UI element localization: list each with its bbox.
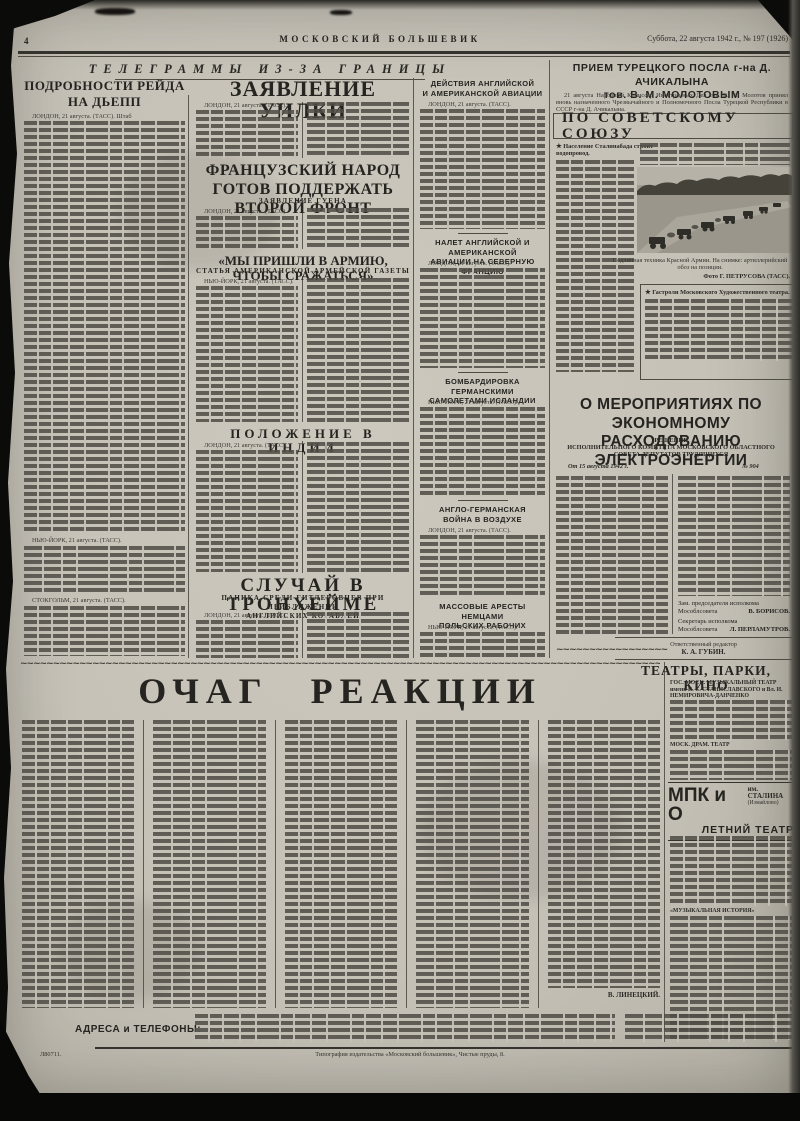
article-headline-air-war: АНГЛО-ГЕРМАНСКАЯ ВОЙНА В ВОЗДУХЕ <box>418 505 547 524</box>
dateline: ЛОНДОН, 21 августа. (ТАСС). <box>420 527 545 534</box>
article-headline-ochag-reaktsii: ОЧАГ РЕАКЦИИ <box>20 672 660 710</box>
masthead-rule-thin <box>18 56 790 57</box>
article-body-text <box>24 121 185 534</box>
scan-smudge <box>95 8 135 15</box>
dateline: НЬЮ-ЙОРК, 21 августа. (ТАСС). <box>196 278 298 285</box>
article-body-text <box>420 632 545 658</box>
dateline: НЬЮ-ЙОРК, 21 августа. (ТАСС). <box>24 537 185 544</box>
decree-number: № 904 <box>742 463 759 470</box>
column-rule <box>549 60 550 658</box>
article-body-text <box>420 535 545 597</box>
page-number: 4 <box>24 36 32 46</box>
article-author: В. ЛИНЕЦКИЙ. <box>548 992 660 999</box>
mxat-lead: ★ Гастроли Московского Художественного т… <box>645 289 795 296</box>
article-headline-aviation: ДЕЙСТВИЯ АНГЛИЙСКОЙ И АМЕРИКАНСКОЙ АВИАЦ… <box>420 79 545 98</box>
newspaper-page-scan: 4 МОСКОВСКИЙ БОЛЬШЕВИК Суббота, 22 авгус… <box>0 0 800 1121</box>
column-rule <box>302 276 303 422</box>
dateline: ЛОНДОН, 21 августа. (ТАСС). <box>196 612 298 619</box>
mpk-ad-title: МПК и О <box>668 786 744 824</box>
photo-credit: Фото Г. ПЕТРУСОВА (ТАСС). <box>610 273 790 280</box>
column-rule <box>664 662 665 1042</box>
article-separator <box>458 372 508 373</box>
column-rule <box>143 720 144 1008</box>
article-separator <box>458 500 508 501</box>
dateline: ЛОНДОН, 21 августа. (ТАСС). <box>196 102 298 109</box>
article-body-text <box>307 102 409 158</box>
footer-contact-text <box>195 1014 615 1042</box>
column-rule <box>406 720 407 1008</box>
mpk-ad-box: МПК и О им. СТАЛИНА (Измайлово) ЛЕТНИЙ Т… <box>668 782 794 841</box>
dateline: ЛОНДОН, 21 августа. (ТАСС). Штаб <box>24 113 185 120</box>
article-body-text <box>420 109 545 229</box>
column-rule <box>275 720 276 1008</box>
decree-headline: О МЕРОПРИЯТИЯХ ПО ЭКОНОМНОМУ РАСХОДОВАНИ… <box>548 396 794 470</box>
article-body-text <box>196 216 298 249</box>
article-body-text <box>548 720 660 988</box>
footer-contact-text <box>625 1014 790 1042</box>
dateline: ЛОНДОН, 21 августа. (ТАСС). <box>420 101 545 108</box>
article-separator <box>458 233 508 234</box>
rule <box>615 659 792 660</box>
article-body-text <box>24 606 185 656</box>
rule <box>615 637 792 638</box>
article-body-text <box>196 620 298 658</box>
footer-label: АДРЕСА и ТЕЛЕФОНЫ: <box>75 1024 201 1035</box>
wavy-rule: ~~~~~~~~~~~~~~~~~~~~~~~~~~~~~~~~~~~~~~~~… <box>20 662 660 669</box>
cinema-listing-lead: «МУЗЫКАЛЬНАЯ ИСТОРИЯ» <box>670 908 792 915</box>
dateline: НЬЮ-ЙОРК, 21 августа. (ТАСС). <box>420 399 545 406</box>
mxat-body <box>645 299 795 361</box>
photo-image <box>637 167 792 253</box>
article-body-text <box>307 278 409 422</box>
dateline: СТОКГОЛЬМ, 21 августа. (ТАСС). <box>24 597 185 604</box>
soviet-union-section-box: ПО СОВЕТСКОМУ СОЮЗУ <box>553 113 793 139</box>
decree-subtitle: РЕШЕНИЕ ИСПОЛНИТЕЛЬНОГО КОМИТЕТА МОСКОВС… <box>552 437 790 459</box>
theater-listing-text <box>670 700 792 740</box>
theater-listing-lead: ГОС. МОСК. МУЗЫКАЛЬНЫЙ ТЕАТР имени К. С.… <box>670 680 792 700</box>
imprint-line: Типография издательства «Московский боль… <box>200 1051 620 1058</box>
article-headline-dieppe: ПОДРОБНОСТИ РЕЙДА НА ДЬЕПП <box>24 78 185 110</box>
newspaper-title: МОСКОВСКИЙ БОЛЬШЕВИК <box>200 34 560 44</box>
article-body-text <box>196 286 298 422</box>
photo-artillery-convoy <box>637 167 792 253</box>
column-rule <box>672 474 673 634</box>
section-title-soviet-union: ПО СОВЕТСКОМУ СОЮЗУ <box>562 110 784 142</box>
article-body-text <box>153 720 265 1008</box>
dateline: ЛОНДОН, 21 августа. (ТАСС). <box>196 442 298 449</box>
theater-listing-text <box>670 750 792 780</box>
photo-caption: Подлинная техника Красной Армии. На сним… <box>610 257 790 271</box>
decree-body-text <box>678 476 790 596</box>
article-body-text <box>22 720 134 1008</box>
column-rule <box>188 95 189 658</box>
article-body-text <box>196 450 298 572</box>
article-body-text <box>420 268 545 368</box>
print-code: Л80711. <box>40 1051 61 1058</box>
decree-signature-2: Секретарь исполкома МособлсоветаЛ. ПЕРЛА… <box>678 618 790 634</box>
footer-rule <box>95 1047 792 1049</box>
mpk-ad-venue: ЛЕТНИЙ ТЕАТР <box>668 824 794 836</box>
decree-date: От 15 августа 1942 г. <box>568 463 628 470</box>
theater-listing-lead: МОСК. ДРАМ. ТЕАТР <box>670 742 792 749</box>
masthead-date: Суббота, 22 августа 1942 г., № 197 (1926… <box>520 34 788 44</box>
article-body-text <box>307 442 409 572</box>
article-body-text <box>420 407 545 497</box>
scan-smudge <box>330 10 352 15</box>
theater-listing-text <box>670 836 792 906</box>
article-body-text <box>416 720 528 1008</box>
article-body-text <box>285 720 397 1008</box>
ochag-article-body: В. ЛИНЕЦКИЙ. <box>22 720 660 1010</box>
section-title-telegrams: ТЕЛЕГРАММЫ ИЗ-ЗА ГРАНИЦЫ <box>60 62 480 76</box>
dateline: НЬЮ-ЙОРК, 21 августа. (ТАСС). <box>420 624 545 631</box>
article-body-text <box>196 110 298 158</box>
decree-body-text <box>556 476 668 636</box>
article-subtitle: СТАТЬЯ АМЕРИКАНСКОЙ АРМЕЙСКОЙ ГАЗЕТЫ <box>196 267 410 276</box>
decree-signature-1: Зам. председателя исполкома Мособлсовета… <box>678 600 790 616</box>
dateline: ЛОНДОН, 21 августа. (ТАСС). <box>196 208 298 215</box>
article-subtitle: ЗАЯВЛЕНИЕ ГУЕНА <box>196 197 410 206</box>
article-body-text <box>307 612 409 658</box>
dateline: ЛОНДОН, 21 августа. (ТАСС). <box>420 260 545 267</box>
column-rule <box>302 441 303 573</box>
editor-name: К. А. ГУБИН. <box>615 649 792 656</box>
soviet-item-body <box>640 143 790 165</box>
scan-bottom-edge <box>0 1093 800 1121</box>
column-rule <box>538 720 539 1008</box>
article-body-text <box>24 546 185 594</box>
masthead-rule-thick <box>18 51 790 54</box>
scan-right-edge <box>788 0 800 1121</box>
mxat-note-box: ★ Гастроли Московского Художественного т… <box>640 284 800 380</box>
article-body-text <box>307 208 409 249</box>
